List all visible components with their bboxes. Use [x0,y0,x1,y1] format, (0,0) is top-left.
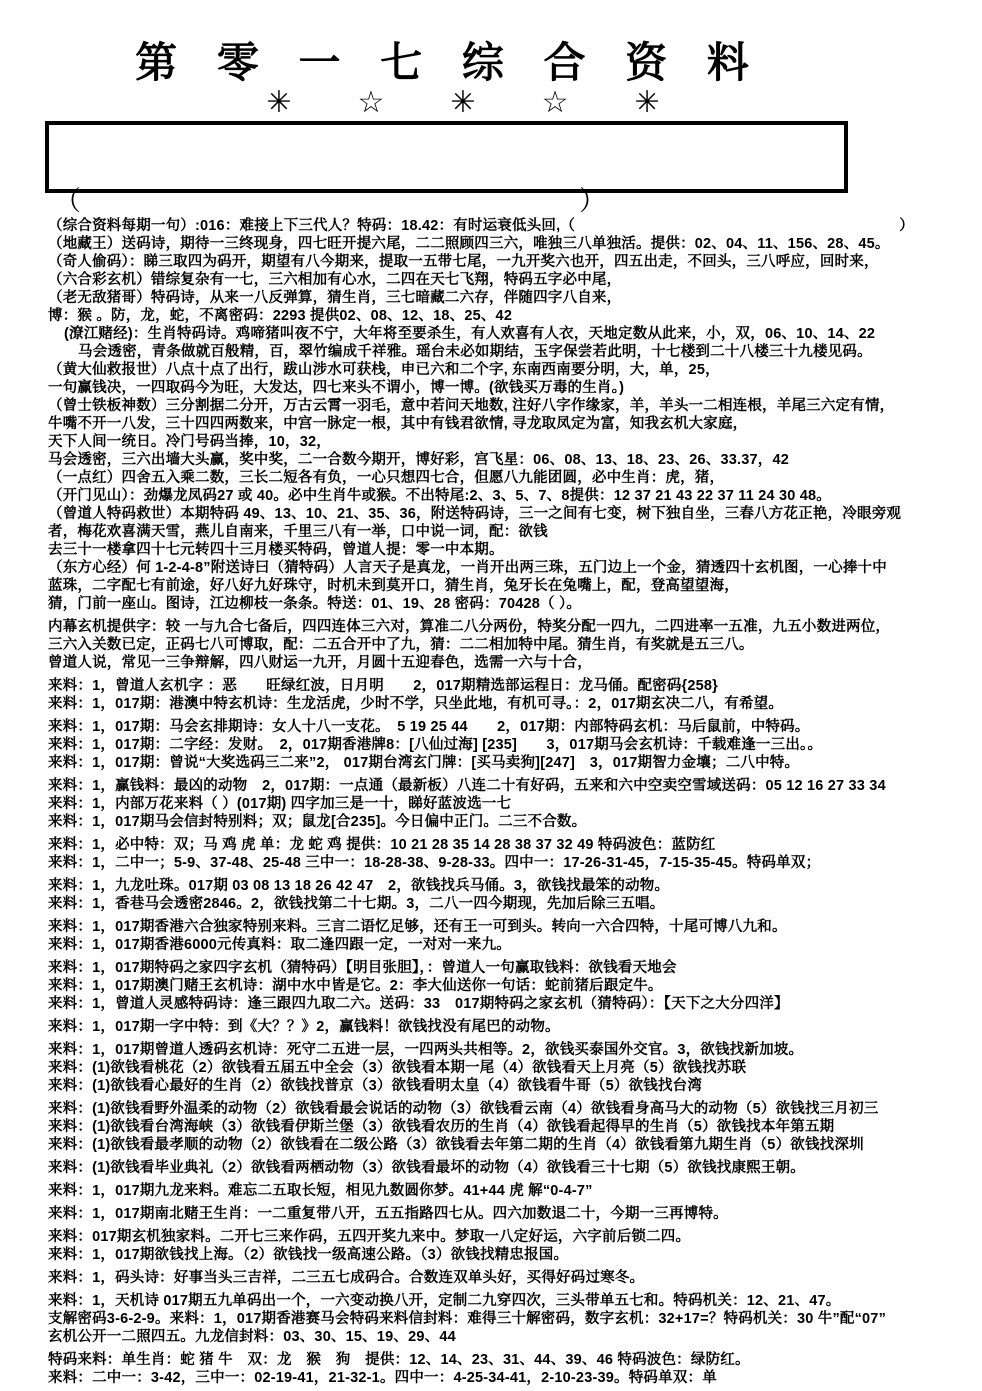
text-line: (潦江赌经)：生肖特码诗。鸡啼猪叫夜不宁，大年将至要杀生，有人欢喜有人衣，天地定… [48,325,980,343]
text-line: 来料：1，017期欲钱找上海。（2）欲钱找一级高速公路。（3）欲钱找精忠报国。 [48,1246,980,1264]
text-line: 来料：(1)欲钱看桃花（2）欲钱看五届五中全会（3）欲钱看本期一尾（4）欲钱看天… [48,1059,980,1077]
text-line: 来料：1，曾道人玄机字 ：恶 旺绿红波，日月明 2，017期精选部运程日：龙马俑… [48,677,980,695]
text-line: 来料：1，017期香港六合独家特别来料。三言二语忆足够，还有王一可到头。转向一六… [48,918,980,936]
open-star-icon: ☆ [358,86,385,120]
text-line: 来料：二中一：3-42，三中一：02-19-41，21-32-1。四中一：4-2… [48,1369,980,1387]
text-line: 来料：1，017期：港澳中特玄机诗：生龙活虎，少时不学，只坐此地，有机可寻。：2… [48,695,980,713]
text-line: 来料：1，017期香港6000元传真料：取二逢四跟一定，一对对一来九。 [48,936,980,954]
text-line: 来料：1，017期：曾说“大奖选码三二来”2， 017期台湾玄门牌：[买马卖狗]… [48,754,980,772]
star-row: ✳☆✳☆✳ [0,86,954,120]
text-line: 来料：1，017期澳门赌王玄机诗：湖中水中皆是它。2：李大仙送你一句话：蛇前猪后… [48,977,980,995]
text-line: 来料：1，天机诗 017期五九单码出一个，一六变动换八开，定制二九穿四次，三头带… [48,1292,980,1310]
text-line: 来料：1，码头诗：好事当头三吉祥，二三五七成码合。合数连双单头好，买得好码过寒冬… [48,1269,980,1287]
open-star-icon: ☆ [542,86,569,120]
burst-star-icon: ✳ [634,86,659,120]
text-line: 来料：1，017期特码之家四字玄机（猜特码）【明目张胆】，：曾道人一句赢取钱料：… [48,959,980,977]
text-line: 去三十一楼拿四十七元转四十三月楼买特码，曾道人提：零一中本期。 [48,541,980,559]
text-line: 玄机公开一二照四五。九龙信封料：03、30、15、19、29、44 [48,1328,980,1346]
text-line: （黄大仙救报世）八点十点了出行，跋山涉水可获栈，申已六和二个字, 东南西南要分明… [48,361,980,379]
burst-star-icon: ✳ [450,86,475,120]
text-line: （曾道人特码救世）本期特码 49、13、10、21、35、36，附送特码诗，三一… [48,505,980,523]
text-line: （曾士铁板神数）三分割据二分开，万古云霄一羽毛，意中若问天地数, 注好八字作缘家… [48,397,980,415]
line-closing-paren: ） [899,217,914,235]
text-line: 曾道人说，常见一三争辩解，四八财运一九开，月圆十五迎春色，选需一六与十合， [48,654,980,672]
text-line: 特码来料：单生肖：蛇 猪 牛 双：龙 猴 狗 提供：12、14、23、31、44… [48,1351,980,1369]
text-line: 内幕玄机提供字：较 一与九合七备后，四四连体三六对，算准二八分两份，特奖分配一四… [48,618,980,636]
text-line: 来料：(1)欲钱看野外温柔的动物（2）欲钱看最会说话的动物（3）欲钱看云南（4）… [48,1100,980,1118]
text-line: 者，梅花欢喜满天雪，燕儿自南来，千里三八有一举，口中说一词，配：欲钱 [48,523,980,541]
text-line: 天下人间一统日。冷门号码当捧，10，32， [48,433,980,451]
text-line: 马会透密，三六出墙大头赢，奖中奖，二一合数今期开，博好彩，宫飞星：06、08、1… [48,451,980,469]
close-paren: ） [579,188,606,214]
text-line: 来料：1，香巷马会透密2846。2，欲钱找第二十七期。3，二八一四今期现，先加后… [48,895,980,913]
text-line: 来料：1，017期：马会玄排期诗：女人十八一支花。 5 19 25 44 2，0… [48,718,980,736]
text-line: （开门见山）：劲爆龙凤码27 或 40。必中生肖牛或猴。不出特尾:2、3、5、7… [48,487,980,505]
text-line: 来料：1，017期九龙来料。难忘二五取长短，相见九数圆你梦。41+44 虎 解“… [48,1182,980,1200]
open-paren: （ [54,188,81,214]
text-line: 来料：(1)欲钱看台湾海峡（3）欲钱看伊斯兰堡（3）欲钱看农历的生肖（4）欲钱看… [48,1118,980,1136]
text-line: （一点红）四舍五入乘二数，三长二短各有负，一心只想四七合，但愿八九能团圆，必中生… [48,469,980,487]
burst-star-icon: ✳ [266,86,291,120]
text-line: 来料：1，必中特：双；马 鸡 虎 单：龙 蛇 鸡 提供：10 21 28 35 … [48,836,980,854]
text-line: （奇人偷码）：睇三取四为码开，期望有八今期来，提取一五带七尾，一九开奖六也开，四… [48,253,980,271]
text-line: 来料：1，017期马会信封特别料；双；鼠龙[合235]。今日偏中正门。二三不合数… [48,813,980,831]
text-line: 来料：1，017期南北赌王生肖：一二重复带八开，五五指路四七从。四六加数退二十，… [48,1205,980,1223]
lottery-info-sheet: 第 零 一 七 综 合 资 料 ✳☆✳☆✳ （ ） （综合资料每期一句）:016… [0,0,982,1391]
text-line: 博：猴 。防，龙，蛇，不离密码：2293 提供02、08、12、18、25、42 [48,307,980,325]
text-line: 支解密码3-6-2-9。来料：1，017期香港赛马会特码来料信封料：难得三十解密… [48,1310,980,1328]
text-line: 来料：(1)欲钱看心最好的生肖（2）欲钱找普京（3）欲钱看明太皇（4）欲钱看牛哥… [48,1077,980,1095]
text-line: （六合彩玄机）错综复杂有一七，三六相加有心水，二四在天七飞翔，特码五字必中尾， [48,271,980,289]
text-line: 来料：(1)欲钱看毕业典礼（2）欲钱看两栖动物（3）欲钱看最坏的动物（4）欲钱看… [48,1159,980,1177]
body-lines: （综合资料每期一句）:016：难接上下三代人？特码：18.42：有时运衰低头回,… [48,217,980,1387]
page-title: 第 零 一 七 综 合 资 料 [0,30,940,90]
text-line: 来料：1，赢钱料：最凶的动物 2，017期：一点通（最新板）八连二十有好码，五来… [48,777,980,795]
text-line: 牛嘴不开一八发，三十四四两数来，中宫一脉定一根，其中有钱君欲情, 寻龙取凤定为富… [48,415,980,433]
text-line: 来料：1，二中一；5-9、37-48、25-48 三中一：18-28-38、9-… [48,854,980,872]
text-line: 猜，门前一座山。图诗，江边柳枝一条条。特送：01、19、28 密码：70428（… [48,595,980,613]
text-line: 来料：1，内部万花来料（ ）(017期) 四字加三是一十，睇好蓝波选一七 [48,795,980,813]
text-line: 来料：1，曾道人灵感特码诗：逢三跟四九取二六。送码：33 017期特码之家玄机（… [48,995,980,1013]
text-line: 来料：017期玄机独家料。二开七三来作码，五四开奖九来中。梦取一八定好运，六字前… [48,1228,980,1246]
text-line: （地藏王）送码诗，期待一三终现身，四七旺开提六尾，二二照顾四三六，唯独三八单独活… [48,235,980,253]
text-line: 来料：1，017期曾道人透码玄机诗：死守二五进一层，一四两头共相等。2，欲钱买泰… [48,1041,980,1059]
text-line: （东方心经）何 1-2-4-8”附送诗曰（猜特码）人言天子是真龙，一肖开出两三珠… [48,559,980,577]
text-line: 来料：1，九龙吐珠。017期 03 08 13 18 26 42 47 2，欲钱… [48,877,980,895]
text-line: 马会透密，青条做就百般精，百，翠竹编成千祥雅。瑶台未必如期结，玉字保尝若此明，十… [48,343,980,361]
text-line: （老无敌猪哥）特码诗，从来一八反弹算，猜生肖，三七暗藏二六存，伴随四字八自来， [48,289,980,307]
caption-parens: （ ） [54,188,606,214]
text-line: 来料：1，017期：二字经：发财。 2，017期香港牌8：[八仙过海] [235… [48,736,980,754]
text-line: 蓝珠，二字配七有前途，好八好九好珠守，时机未到莫开口，猜生肖，兔牙长在兔嘴上，配… [48,577,980,595]
text-line: 一句赢钱决，一四取码今为旺，大发达，四七来头不谓小，博一博。(欲钱买万毒的生肖。… [48,379,980,397]
blank-box [45,121,848,193]
text-line: （综合资料每期一句）:016：难接上下三代人？特码：18.42：有时运衰低头回,… [48,217,980,235]
text-line: 来料：1，017期一字中特：到《大？？》2，赢钱料！欲钱找没有尾巴的动物。 [48,1018,980,1036]
text-line: 来料：(1)欲钱看最孝顺的动物（2）欲钱看在二级公路（3）欲钱看去年第二期的生肖… [48,1136,980,1154]
text-line: 三六入关数已定，正码七八可博取，配：二五合开中了九，猜：二二相加特中尾。猜生肖，… [48,636,980,654]
